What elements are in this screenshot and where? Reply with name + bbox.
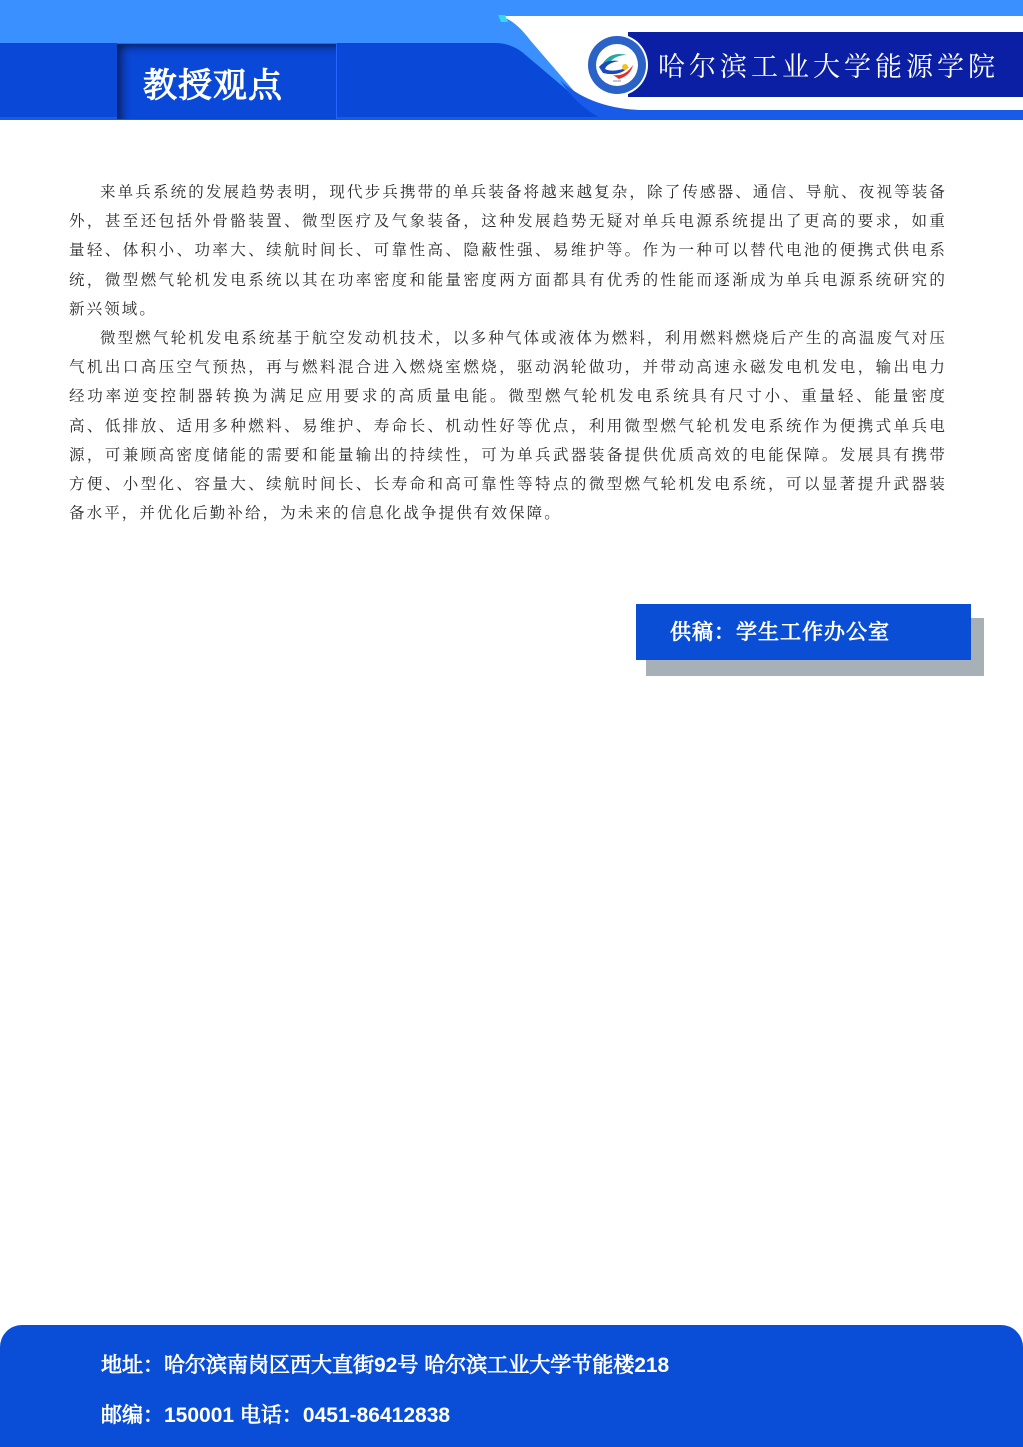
article-body: 来单兵系统的发展趋势表明，现代步兵携带的单兵装备将越来越复杂，除了传感器、通信、… — [69, 178, 947, 528]
section-tab: 教授观点 — [117, 43, 337, 119]
school-name: 哈尔滨工业大学能源学院 — [658, 45, 999, 84]
footer-zip-phone: 邮编：150001 电话：0451-86412838 — [101, 1399, 450, 1429]
article-paragraph: 来单兵系统的发展趋势表明，现代步兵携带的单兵装备将越来越复杂，除了传感器、通信、… — [69, 178, 947, 324]
page-header: 教授观点 哈尔滨工业大学能源学院 — [0, 0, 1023, 120]
footer-address: 地址：哈尔滨南岗区西大直街92号 哈尔滨工业大学节能楼218 — [101, 1349, 669, 1379]
school-banner: 哈尔滨工业大学能源学院 — [628, 32, 1023, 97]
school-emblem-icon — [585, 33, 649, 97]
section-title: 教授观点 — [143, 58, 283, 107]
article-paragraph: 微型燃气轮机发电系统基于航空发动机技术，以多种气体或液体为燃料，利用燃料燃烧后产… — [69, 324, 947, 528]
contributor-label: 供稿：学生工作办公室 — [670, 616, 890, 646]
page-footer: 地址：哈尔滨南岗区西大直街92号 哈尔滨工业大学节能楼218 邮编：150001… — [0, 1325, 1023, 1447]
contributor-box: 供稿：学生工作办公室 — [636, 604, 971, 660]
